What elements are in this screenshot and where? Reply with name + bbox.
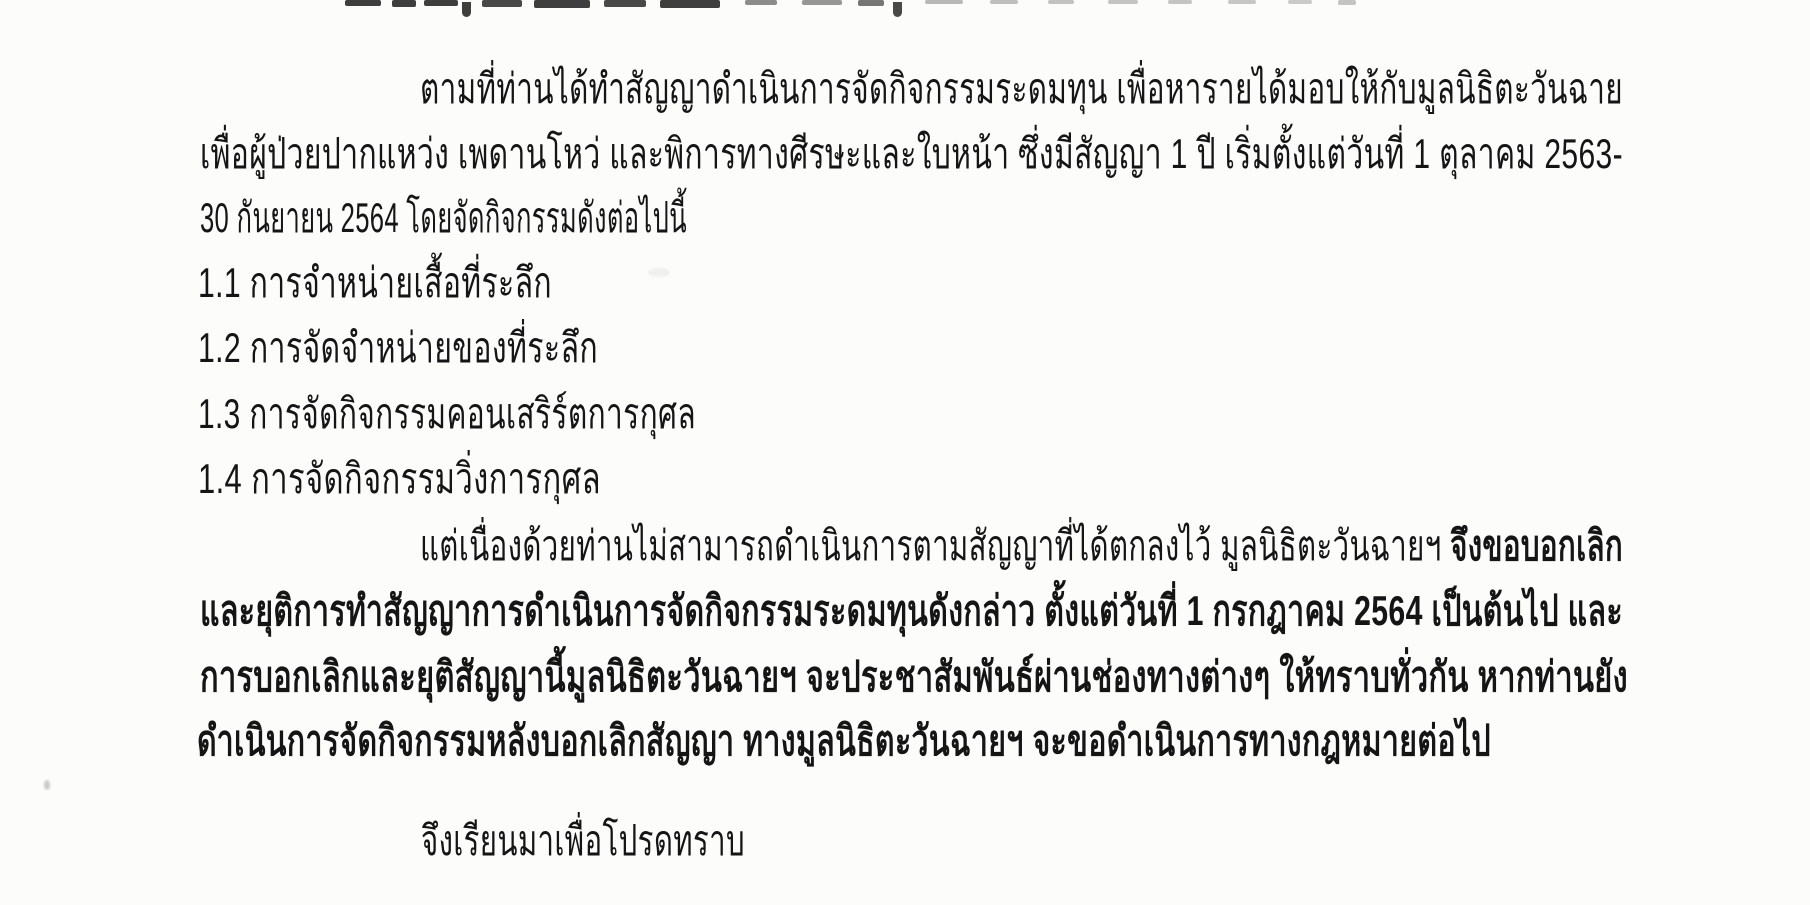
clipped-text-remnant [534,0,590,8]
clipped-text-remnant [990,0,1018,4]
para1-line3: 30 กันยายน 2564 โดยจัดกิจกรรมดังต่อไปนี้ [200,190,687,246]
para2-line1-regular-text: แต่เนื่องด้วยท่านไม่สามารถดำเนินการตามสั… [420,522,1450,569]
clipped-text-remnant [462,2,471,17]
clipped-text-remnant [424,0,458,6]
para2-line3: การบอกเลิกและยุติสัญญานี้มูลนิธิตะวันฉาย… [200,649,1628,705]
clipped-text-remnant [1108,0,1138,4]
clipped-text-remnant [1168,0,1192,4]
clipped-text-remnant [893,2,902,17]
scan-speck [44,780,50,790]
clipped-text-remnant [345,0,381,6]
activity-item-1-4: 1.4 การจัดกิจกรรมวิ่งการกุศล [198,451,601,507]
clipped-text-remnant [1288,0,1312,4]
clipped-text-remnant [745,0,777,5]
scan-speck [648,268,670,277]
para2-line1: แต่เนื่องด้วยท่านไม่สามารถดำเนินการตามสั… [420,518,1623,574]
activity-item-1-3: 1.3 การจัดกิจกรรมคอนเสริร์ตการกุศล [198,386,696,442]
scanned-letter-page: ตามที่ท่านได้ทำสัญญาดำเนินการจัดกิจกรรมร… [0,0,1810,905]
activity-item-1-2: 1.2 การจัดจำหน่ายของที่ระลึก [198,320,598,376]
para2-line2: และยุติการทำสัญญาการดำเนินการจัดกิจกรรมร… [200,583,1623,639]
clipped-text-remnant [392,0,416,7]
clipped-text-remnant [1338,0,1356,5]
activity-item-1-1: 1.1 การจำหน่ายเสื้อที่ระลึก [198,255,552,311]
clipped-text-remnant [482,0,522,7]
clipped-text-remnant [925,0,963,4]
para2-line1-bold-text: จึงขอบอกเลิก [1450,522,1623,569]
clipped-text-remnant [858,0,884,6]
closing-line: จึงเรียนมาเพื่อโปรดทราบ [421,813,745,869]
clipped-text-remnant [802,0,842,5]
clipped-text-remnant [660,0,720,8]
para1-line1: ตามที่ท่านได้ทำสัญญาดำเนินการจัดกิจกรรมร… [420,61,1623,117]
clipped-text-remnant [604,0,646,7]
para1-line2: เพื่อผู้ป่วยปากแหว่ง เพดานโหว่ และพิการท… [200,126,1623,182]
clipped-text-remnant [1228,0,1256,4]
para2-line4: ดำเนินการจัดกิจกรรมหลังบอกเลิกสัญญา ทางม… [197,713,1491,769]
clipped-text-remnant [1048,0,1074,4]
